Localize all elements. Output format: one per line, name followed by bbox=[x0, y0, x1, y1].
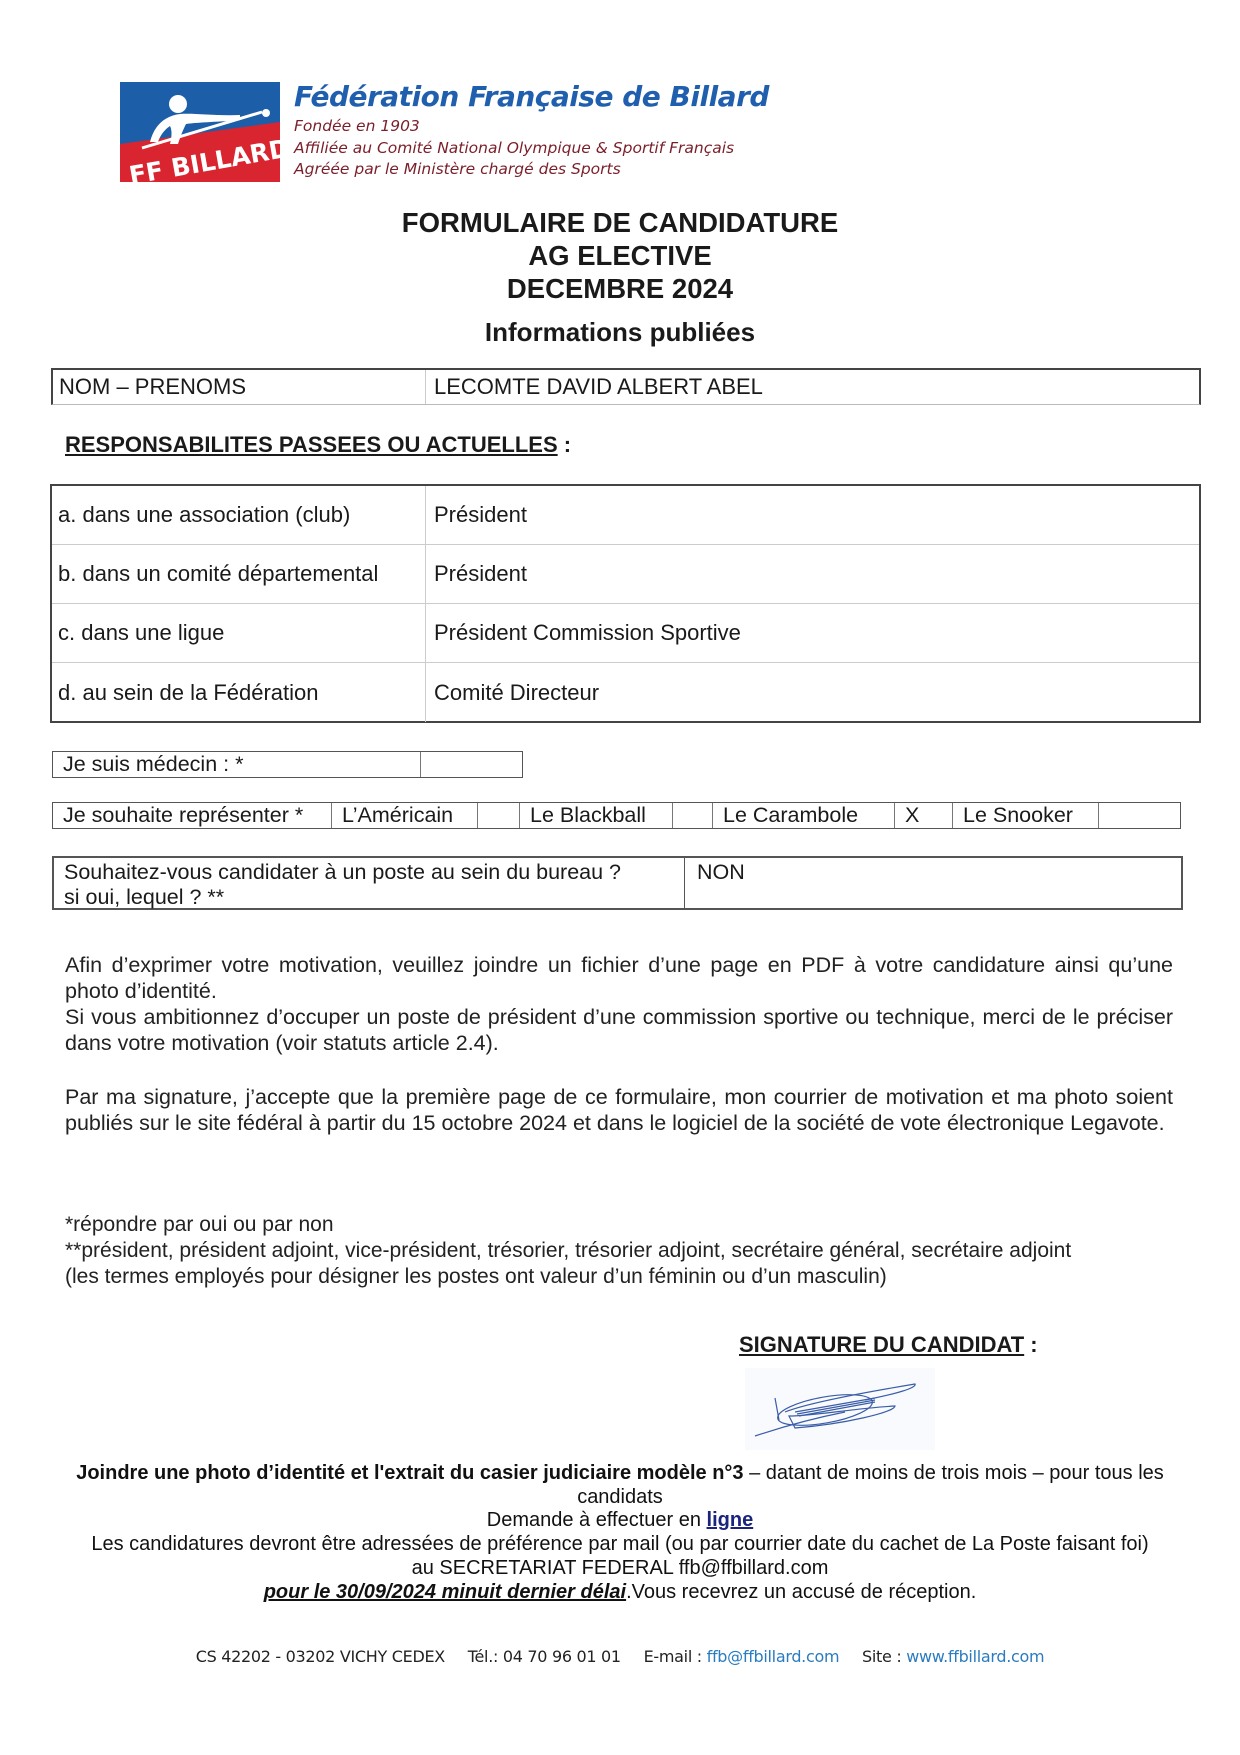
resp-value[interactable]: Président bbox=[426, 486, 527, 544]
attachment-instructions: Joindre une photo d’identité et l'extrai… bbox=[60, 1462, 1180, 1509]
bureau-question: Souhaitez-vous candidater à un poste au … bbox=[54, 858, 685, 908]
represent-label: Je souhaite représenter * bbox=[53, 803, 332, 828]
consent-paragraph: Par ma signature, j’accepte que la premi… bbox=[65, 1084, 1173, 1136]
table-row: b. dans un comité départemental Présiden… bbox=[52, 545, 1199, 604]
deadline-note: pour le 30/09/2024 minuit dernier délai.… bbox=[60, 1581, 1180, 1605]
resp-label: d. au sein de la Fédération bbox=[52, 663, 426, 722]
paragraph-commission: Si vous ambitionnez d’occuper un poste d… bbox=[65, 1004, 1173, 1056]
form-title-line3: DECEMBRE 2024 bbox=[0, 273, 1240, 305]
resp-label: b. dans un comité départemental bbox=[52, 545, 426, 603]
deadline: pour le 30/09/2024 minuit dernier délai bbox=[264, 1581, 626, 1603]
footnote-2: **président, président adjoint, vice-pré… bbox=[65, 1238, 1205, 1264]
form-title: FORMULAIRE DE CANDIDATURE bbox=[0, 207, 1240, 239]
represent-table: Je souhaite représenter * L’Américain Le… bbox=[52, 802, 1181, 829]
website-link[interactable]: www.ffbillard.com bbox=[906, 1647, 1044, 1666]
table-row: d. au sein de la Fédération Comité Direc… bbox=[52, 663, 1199, 722]
medecin-label: Je suis médecin : * bbox=[53, 752, 421, 777]
org-name: Fédération Française de Billard bbox=[294, 80, 769, 113]
org-affiliation: Affiliée au Comité National Olympique & … bbox=[294, 139, 734, 157]
option-snooker: Le Snooker bbox=[953, 803, 1099, 828]
responsibilities-table: a. dans une association (club) Président… bbox=[50, 484, 1201, 723]
email-link[interactable]: ffb@ffbillard.com bbox=[707, 1647, 840, 1666]
address: CS 42202 - 03202 VICHY CEDEX bbox=[196, 1647, 445, 1666]
table-row: c. dans une ligue Président Commission S… bbox=[52, 604, 1199, 663]
form-subtitle: Informations publiées bbox=[0, 317, 1240, 348]
bureau-answer[interactable]: NON bbox=[685, 858, 1181, 908]
resp-label: a. dans une association (club) bbox=[52, 486, 426, 544]
org-founded: Fondée en 1903 bbox=[294, 117, 420, 135]
secretariat-note: au SECRETARIAT FEDERAL ffb@ffbillard.com bbox=[60, 1557, 1180, 1581]
phone: 04 70 96 01 01 bbox=[503, 1647, 621, 1666]
submission-note: Les candidatures devront être adressées … bbox=[60, 1533, 1180, 1557]
option-blackball: Le Blackball bbox=[520, 803, 673, 828]
signature-image bbox=[745, 1368, 935, 1450]
resp-label: c. dans une ligue bbox=[52, 604, 426, 662]
name-label: NOM – PRENOMS bbox=[53, 370, 426, 404]
medecin-table: Je suis médecin : * bbox=[52, 751, 523, 778]
footnote-3: (les termes employés pour désigner les p… bbox=[65, 1264, 1205, 1290]
option-americain-mark[interactable] bbox=[478, 803, 520, 828]
resp-value[interactable]: Président Commission Sportive bbox=[426, 604, 741, 662]
option-carambole: Le Carambole bbox=[713, 803, 895, 828]
responsibilities-heading: RESPONSABILITES PASSEES OU ACTUELLES : bbox=[65, 432, 571, 458]
online-link[interactable]: ligne bbox=[707, 1509, 754, 1531]
resp-value[interactable]: Président bbox=[426, 545, 527, 603]
contact-footer: CS 42202 - 03202 VICHY CEDEX Tél.: 04 70… bbox=[0, 1647, 1240, 1666]
footnote-1: *répondre par oui ou par non bbox=[65, 1212, 1205, 1238]
table-row: a. dans une association (club) Président bbox=[52, 486, 1199, 545]
ffb-logo: FF BILLARD bbox=[120, 82, 280, 182]
name-table: NOM – PRENOMS LECOMTE DAVID ALBERT ABEL bbox=[51, 368, 1201, 405]
org-approval: Agréée par le Ministère chargé des Sport… bbox=[294, 160, 621, 178]
option-americain: L’Américain bbox=[332, 803, 478, 828]
signature-heading: SIGNATURE DU CANDIDAT : bbox=[739, 1332, 1038, 1358]
name-value[interactable]: LECOMTE DAVID ALBERT ABEL bbox=[426, 370, 763, 404]
option-blackball-mark[interactable] bbox=[673, 803, 713, 828]
form-title-line2: AG ELECTIVE bbox=[0, 240, 1240, 272]
option-carambole-mark[interactable]: X bbox=[895, 803, 953, 828]
medecin-answer[interactable] bbox=[421, 752, 522, 777]
paragraph-motivation: Afin d’exprimer votre motivation, veuill… bbox=[65, 952, 1173, 1004]
paragraph-consent: Par ma signature, j’accepte que la premi… bbox=[65, 1084, 1173, 1136]
option-snooker-mark[interactable] bbox=[1099, 803, 1180, 828]
resp-value[interactable]: Comité Directeur bbox=[426, 663, 599, 722]
footnotes: *répondre par oui ou par non **président… bbox=[65, 1212, 1205, 1290]
online-request: Demande à effectuer en ligne bbox=[60, 1509, 1180, 1533]
motivation-instructions: Afin d’exprimer votre motivation, veuill… bbox=[65, 952, 1173, 1056]
bureau-table: Souhaitez-vous candidater à un poste au … bbox=[52, 856, 1183, 910]
